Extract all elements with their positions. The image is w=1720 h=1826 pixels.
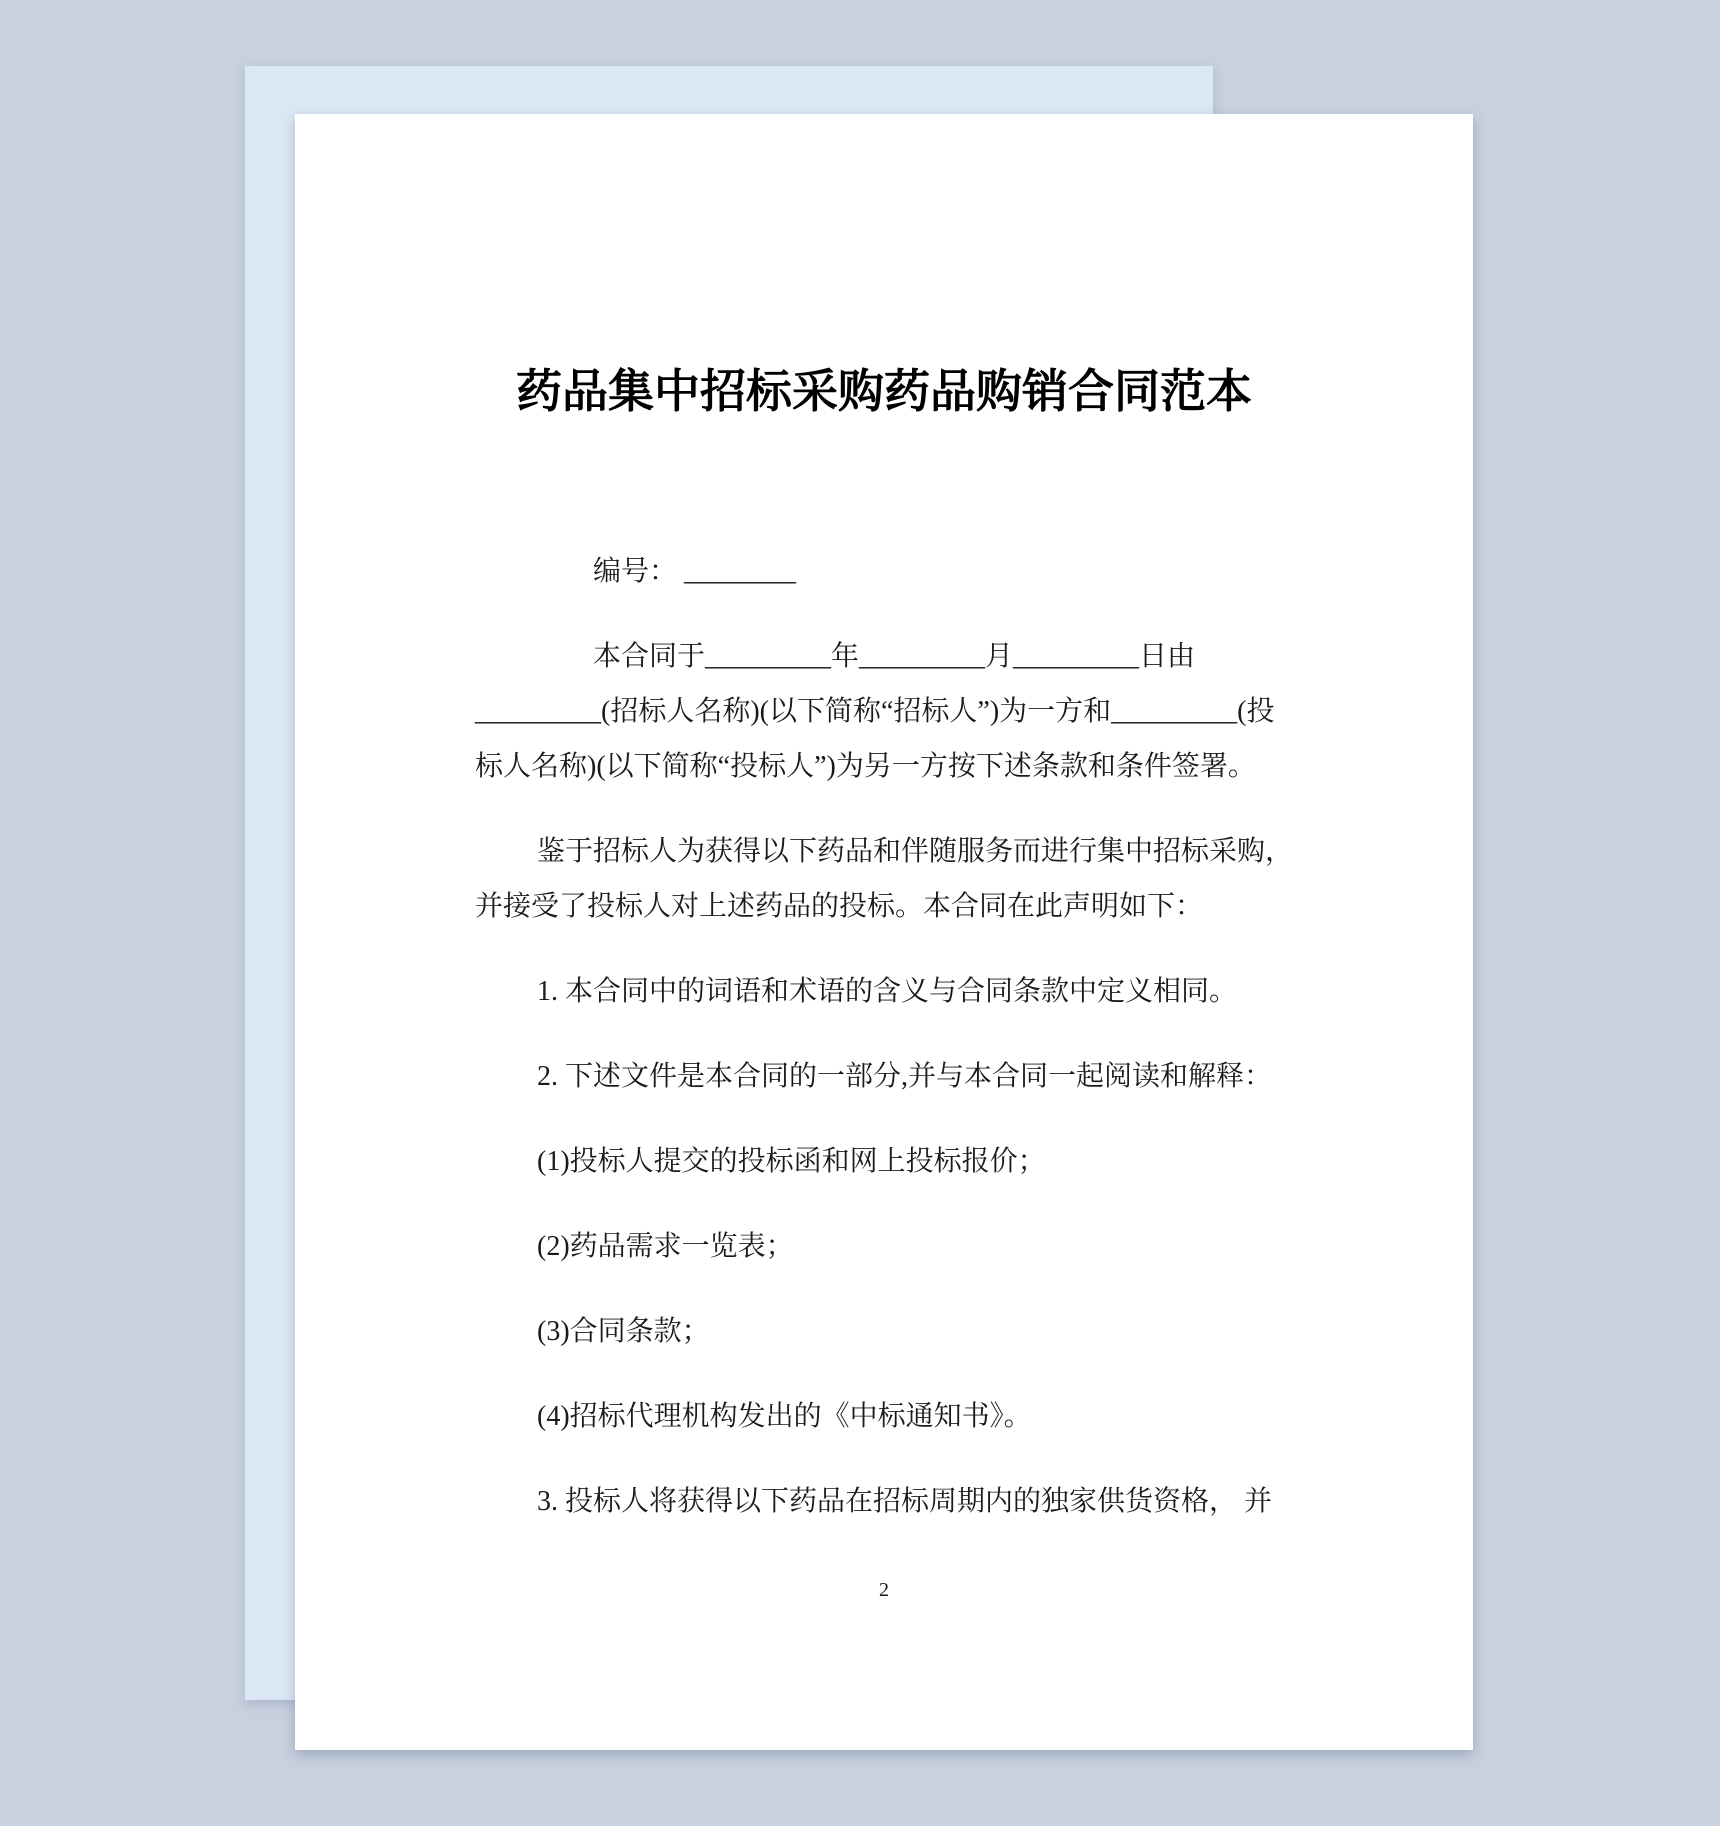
doc-line-number-field: 编号： ________: [475, 544, 1293, 599]
doc-line-subclause-2: (2)药品需求一览表；: [475, 1219, 1293, 1274]
doc-line-clause-3: 3. 投标人将获得以下药品在招标周期内的独家供货资格， 并: [475, 1474, 1293, 1529]
page-number: 2: [295, 1579, 1473, 1602]
desktop-background: { "window": { "background_color": "#c7d1…: [0, 0, 1720, 1826]
doc-line-date-field: 本合同于_________年_________月_________日由: [475, 629, 1293, 684]
document-page: 药品集中招标采购药品购销合同范本 编号： ________ 本合同于______…: [295, 114, 1473, 1750]
doc-line: 并接受了投标人对上述药品的投标。本合同在此声明如下：: [475, 879, 1293, 934]
doc-line-clause-2: 2. 下述文件是本合同的一部分,并与本合同一起阅读和解释：: [475, 1049, 1293, 1104]
document-body: 编号： ________ 本合同于_________年_________月___…: [475, 544, 1293, 1529]
doc-line-subclause-1: (1)投标人提交的投标函和网上投标报价；: [475, 1134, 1293, 1189]
doc-line: _________(招标人名称)(以下简称“招标人”)为一方和_________…: [475, 684, 1293, 739]
doc-line-subclause-4: (4)招标代理机构发出的《中标通知书》。: [475, 1389, 1293, 1444]
document-title: 药品集中招标采购药品购销合同范本: [475, 366, 1293, 416]
doc-line: 标人名称)(以下简称“投标人”)为另一方按下述条款和条件签署。: [475, 739, 1293, 794]
doc-line-clause-1: 1. 本合同中的词语和术语的含义与合同条款中定义相同。: [475, 964, 1293, 1019]
doc-line-subclause-3: (3)合同条款；: [475, 1304, 1293, 1359]
doc-line: 鉴于招标人为获得以下药品和伴随服务而进行集中招标采购，: [475, 824, 1293, 879]
